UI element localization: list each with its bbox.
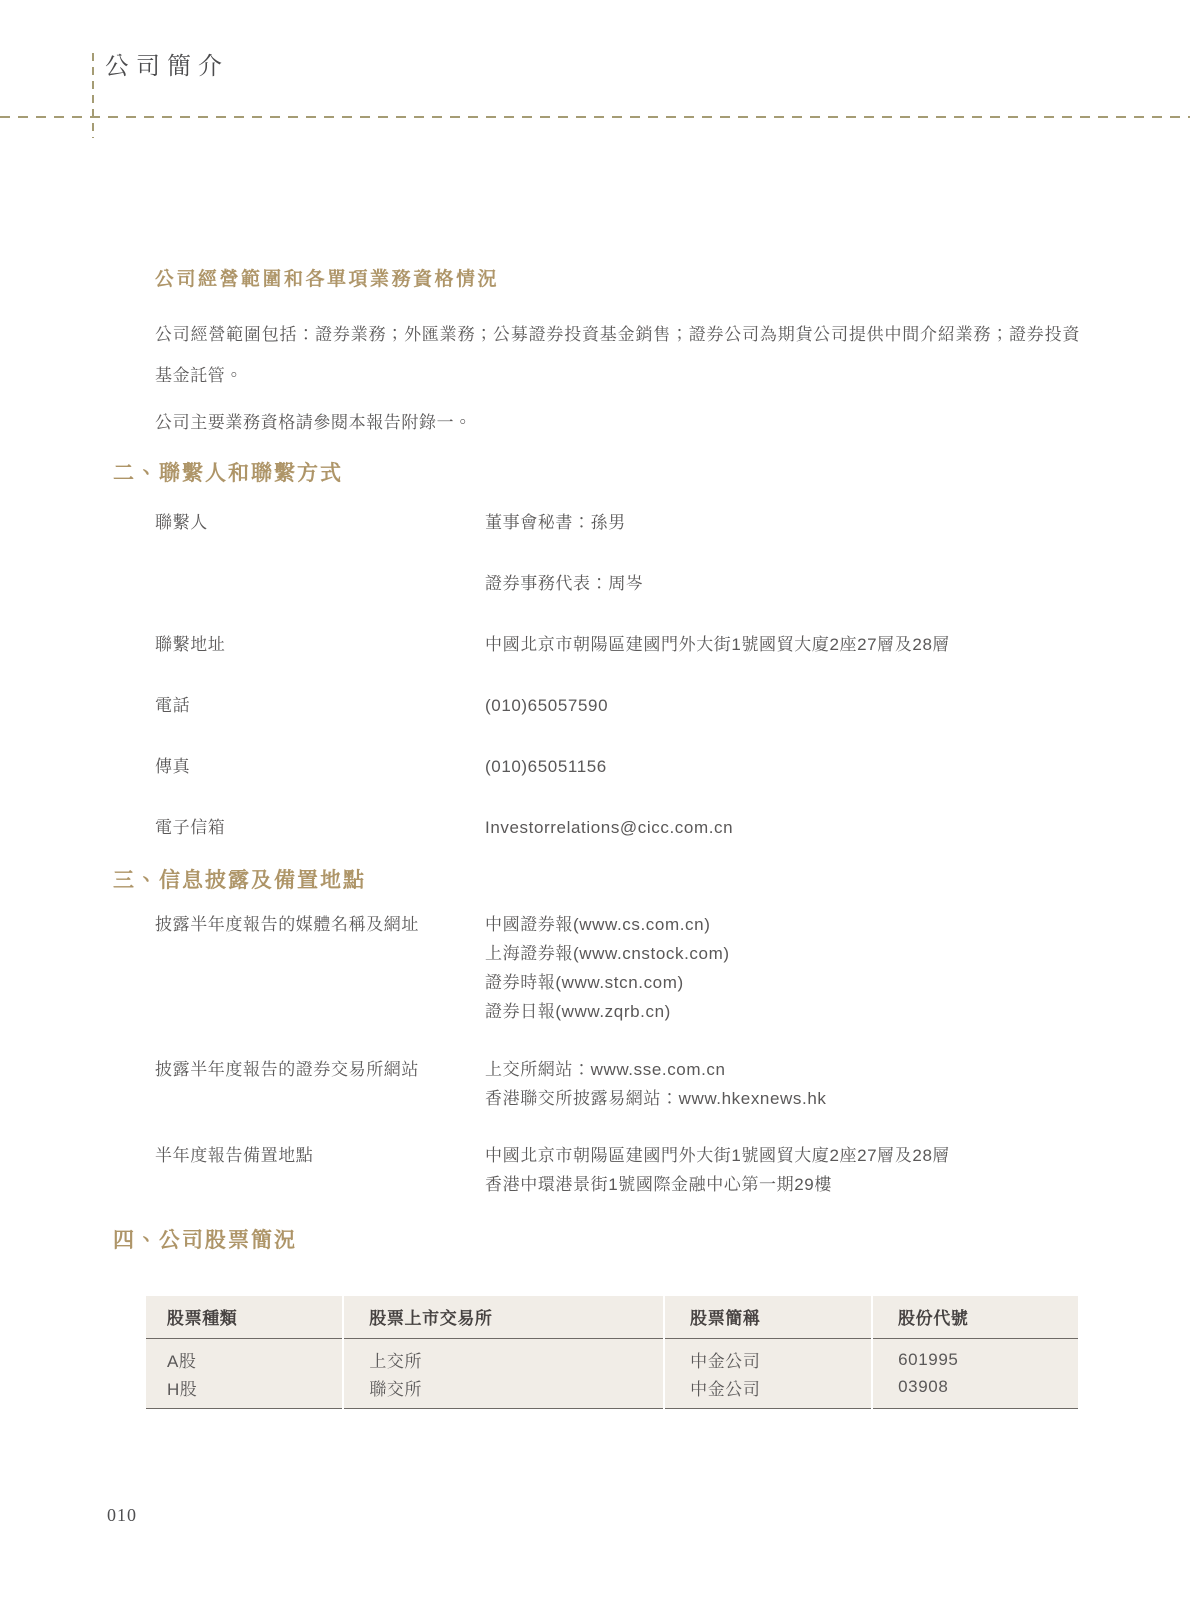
contacts-heading: 二、聯繫人和聯繫方式 <box>113 459 1190 489</box>
contact-value: 中國北京市朝陽區建國門外大街1號國貿大廈2座27層及28層 <box>485 631 1190 659</box>
contact-value: Investorrelations@cicc.com.cn <box>485 814 1190 842</box>
contact-row-address: 聯繫地址 中國北京市朝陽區建國門外大街1號國貿大廈2座27層及28層 <box>155 631 1190 659</box>
stock-table-header-row: 股票種類 股票上市交易所 股票簡稱 股份代號 <box>146 1296 1078 1338</box>
page-number: 010 <box>107 1505 137 1526</box>
contact-value: (010)65057590 <box>485 692 1190 720</box>
stock-heading: 四、公司股票簡況 <box>113 1226 1190 1256</box>
stock-code: 03908 <box>872 1373 1078 1408</box>
contact-row-person: 聯繫人 董事會秘書：孫男 <box>155 509 1190 537</box>
disclosure-label: 披露半年度報告的媒體名稱及網址 <box>155 910 485 1026</box>
contact-label: 聯繫地址 <box>155 631 485 659</box>
report-page: 公司簡介 公司經營範圍和各單項業務資格情況 公司經營範圍包括：證券業務；外匯業務… <box>0 0 1190 1615</box>
contact-label: 電子信箱 <box>155 814 485 842</box>
section-stock-summary: 四、公司股票簡況 股票種類 股票上市交易所 股票簡稱 股份代號 A股 上交所 中… <box>0 1226 1190 1409</box>
disclosure-label: 披露半年度報告的證券交易所網站 <box>155 1055 485 1113</box>
contact-label: 聯繫人 <box>155 509 485 537</box>
stock-summary-table: 股票種類 股票上市交易所 股票簡稱 股份代號 A股 上交所 中金公司 60199… <box>146 1296 1078 1409</box>
listing-exchange: 上交所 <box>343 1338 664 1373</box>
section-disclosure: 三、信息披露及備置地點 披露半年度報告的媒體名稱及網址 中國證券報(www.cs… <box>0 866 1190 1199</box>
contact-value: 證券事務代表：周岑 <box>485 570 1190 598</box>
table-row-h-share: H股 聯交所 中金公司 03908 <box>146 1373 1078 1408</box>
section-contacts: 二、聯繫人和聯繫方式 聯繫人 董事會秘書：孫男 證券事務代表：周岑 聯繫地址 中… <box>0 459 1190 842</box>
disclosure-value: 中國證券報(www.cs.com.cn) 上海證券報(www.cnstock.c… <box>485 910 1190 1026</box>
stock-code: 601995 <box>872 1338 1078 1373</box>
disclosure-row-exchanges: 披露半年度報告的證券交易所網站 上交所網站：www.sse.com.cn 香港聯… <box>155 1055 1190 1113</box>
document-body: 公司經營範圍和各單項業務資格情況 公司經營範圍包括：證券業務；外匯業務；公募證券… <box>0 266 1190 1409</box>
table-row-a-share: A股 上交所 中金公司 601995 <box>146 1338 1078 1373</box>
column-header-stock-code: 股份代號 <box>872 1296 1078 1338</box>
column-header-listing-exchange: 股票上市交易所 <box>343 1296 664 1338</box>
contact-row-fax: 傳真 (010)65051156 <box>155 753 1190 781</box>
section-business-scope: 公司經營範圍和各單項業務資格情況 公司經營範圍包括：證券業務；外匯業務；公募證券… <box>0 266 1190 437</box>
stock-short-name: 中金公司 <box>664 1338 872 1373</box>
media-site: 上海證券報(www.cnstock.com) <box>485 939 1190 968</box>
contact-value: (010)65051156 <box>485 753 1190 781</box>
page-title: 公司簡介 <box>105 50 229 84</box>
header-horizontal-dashed-rule <box>0 116 1190 118</box>
contact-label: 傳真 <box>155 753 485 781</box>
business-scope-heading: 公司經營範圍和各單項業務資格情況 <box>155 266 1190 294</box>
disclosure-row-media: 披露半年度報告的媒體名稱及網址 中國證券報(www.cs.com.cn) 上海證… <box>155 910 1190 1026</box>
media-site: 中國證券報(www.cs.com.cn) <box>485 910 1190 939</box>
contact-row-email: 電子信箱 Investorrelations@cicc.com.cn <box>155 814 1190 842</box>
disclosure-row-deposit-places: 半年度報告備置地點 中國北京市朝陽區建國門外大街1號國貿大廈2座27層及28層 … <box>155 1141 1190 1199</box>
disclosure-heading: 三、信息披露及備置地點 <box>113 866 1190 896</box>
business-scope-paragraph: 公司經營範圍包括：證券業務；外匯業務；公募證券投資基金銷售；證券公司為期貨公司提… <box>155 314 1080 396</box>
disclosure-label: 半年度報告備置地點 <box>155 1141 485 1199</box>
column-header-stock-type: 股票種類 <box>146 1296 343 1338</box>
stock-type: A股 <box>146 1338 343 1373</box>
deposit-address: 中國北京市朝陽區建國門外大街1號國貿大廈2座27層及28層 <box>485 1141 1190 1170</box>
stock-type: H股 <box>146 1373 343 1408</box>
contact-label: 電話 <box>155 692 485 720</box>
stock-short-name: 中金公司 <box>664 1373 872 1408</box>
contact-value: 董事會秘書：孫男 <box>485 509 1190 537</box>
contact-row-phone: 電話 (010)65057590 <box>155 692 1190 720</box>
exchange-site: 香港聯交所披露易網站：www.hkexnews.hk <box>485 1084 1190 1113</box>
disclosure-value: 中國北京市朝陽區建國門外大街1號國貿大廈2座27層及28層 香港中環港景街1號國… <box>485 1141 1190 1199</box>
contact-label <box>155 570 485 598</box>
media-site: 證券日報(www.zqrb.cn) <box>485 997 1190 1026</box>
contact-row-representative: 證券事務代表：周岑 <box>155 570 1190 598</box>
disclosure-value: 上交所網站：www.sse.com.cn 香港聯交所披露易網站：www.hkex… <box>485 1055 1190 1113</box>
media-site: 證券時報(www.stcn.com) <box>485 968 1190 997</box>
business-scope-note: 公司主要業務資格請參閱本報告附錄一。 <box>155 409 1190 437</box>
listing-exchange: 聯交所 <box>343 1373 664 1408</box>
column-header-stock-short-name: 股票簡稱 <box>664 1296 872 1338</box>
deposit-address: 香港中環港景街1號國際金融中心第一期29樓 <box>485 1170 1190 1199</box>
exchange-site: 上交所網站：www.sse.com.cn <box>485 1055 1190 1084</box>
header-vertical-dashed-rule <box>92 53 94 138</box>
